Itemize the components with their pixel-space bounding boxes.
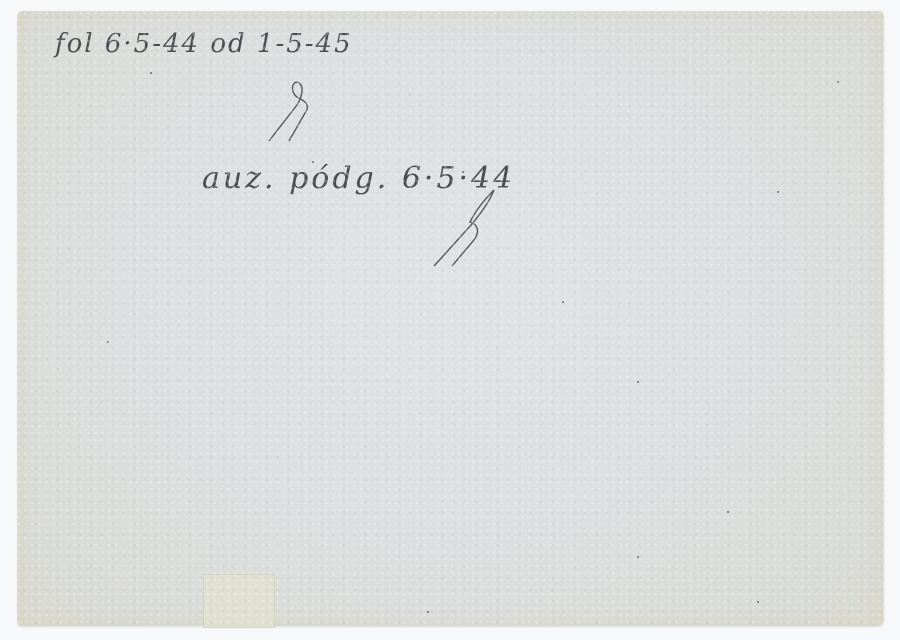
paper-speck — [462, 171, 464, 173]
paper-speck — [150, 72, 152, 74]
paper-speck — [777, 191, 779, 193]
paper-speck — [637, 381, 639, 383]
postcard-back: fol 6·5-44 od 1-5-45 auz. pódg. 6·5·44 — [17, 11, 883, 626]
paper-speck — [427, 611, 429, 613]
adhesive-tape-fragment — [203, 574, 275, 628]
initial-mark-2 — [432, 186, 502, 271]
paper-speck — [107, 341, 109, 343]
initial-mark-1 — [267, 79, 317, 144]
handwritten-date-range: fol 6·5-44 od 1-5-45 — [55, 29, 353, 59]
paper-speck — [562, 301, 564, 303]
paper-speck — [637, 556, 639, 558]
paper-speck — [757, 601, 759, 603]
paper-speck — [837, 81, 839, 83]
paper-speck — [727, 511, 729, 513]
paper-speck — [312, 161, 314, 163]
